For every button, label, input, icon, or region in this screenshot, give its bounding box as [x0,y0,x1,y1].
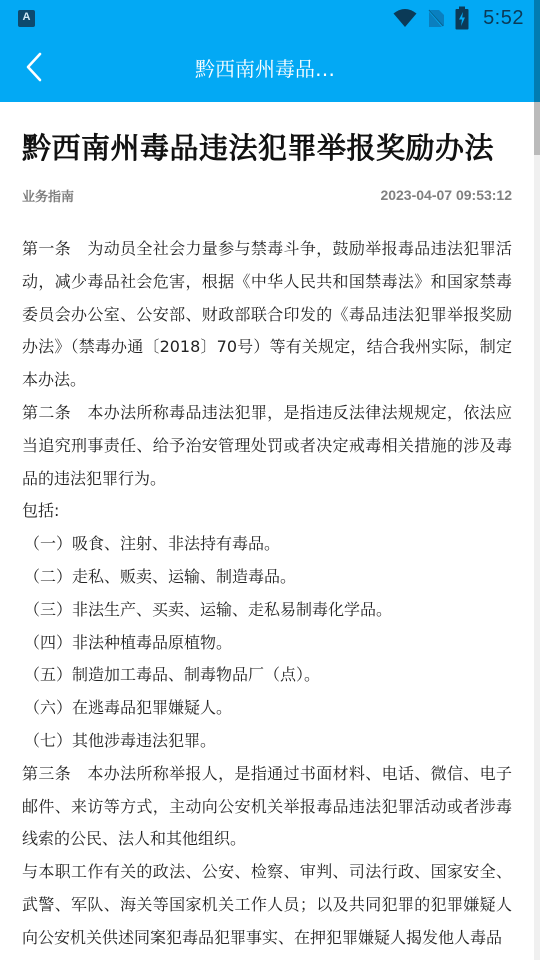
list-item: （五）制造加工毒品、制毒物品厂（点）。 [22,659,512,692]
article-paragraph: 第一条 为动员全社会力量参与禁毒斗争，鼓励举报毒品违法犯罪活动，减少毒品社会危害… [22,233,512,397]
article-title: 黔西南州毒品违法犯罪举报奖励办法 [22,128,512,168]
screen: A 5:52 [0,0,540,960]
article-body: 第一条 为动员全社会力量参与禁毒斗争，鼓励举报毒品违法犯罪活动，减少毒品社会危害… [22,233,512,955]
list-item: （三）非法生产、买卖、运输、走私易制毒化学品。 [22,594,512,627]
list-item: （六）在逃毒品犯罪嫌疑人。 [22,692,512,725]
article-content: 黔西南州毒品违法犯罪举报奖励办法 业务指南 2023-04-07 09:53:1… [0,102,534,955]
article-date: 2023-04-07 09:53:12 [380,187,512,203]
battery-charging-icon [455,6,469,30]
page-title: 黔西南州毒品… [0,36,540,102]
article-paragraph: 与本职工作有关的政法、公安、检察、审判、司法行政、国家安全、武警、军队、海关等国… [22,856,512,954]
article-category: 业务指南 [22,186,74,205]
scrollbar-thumb[interactable] [534,0,540,155]
article-paragraph: 第二条 本办法所称毒品违法犯罪，是指违反法律法规规定，依法应当追究刑事责任、给予… [22,397,512,495]
wifi-icon [393,8,417,28]
list-item: （二）走私、贩卖、运输、制造毒品。 [22,561,512,594]
scrollbar-track[interactable] [534,0,540,960]
list-item: （一）吸食、注射、非法持有毒品。 [22,528,512,561]
app-bar: 黔西南州毒品… [0,36,540,102]
list-item: （四）非法种植毒品原植物。 [22,627,512,660]
status-time: 5:52 [483,7,524,30]
article-paragraph: 第三条 本办法所称举报人，是指通过书面材料、电话、微信、电子邮件、来访等方式，主… [22,758,512,856]
app-notification-icon: A [18,10,35,27]
status-bar: A 5:52 [0,0,540,36]
article-meta: 业务指南 2023-04-07 09:53:12 [22,185,512,205]
no-sim-icon [427,7,445,29]
article-paragraph: 包括: [22,495,512,528]
list-item: （七）其他涉毒违法犯罪。 [22,725,512,758]
